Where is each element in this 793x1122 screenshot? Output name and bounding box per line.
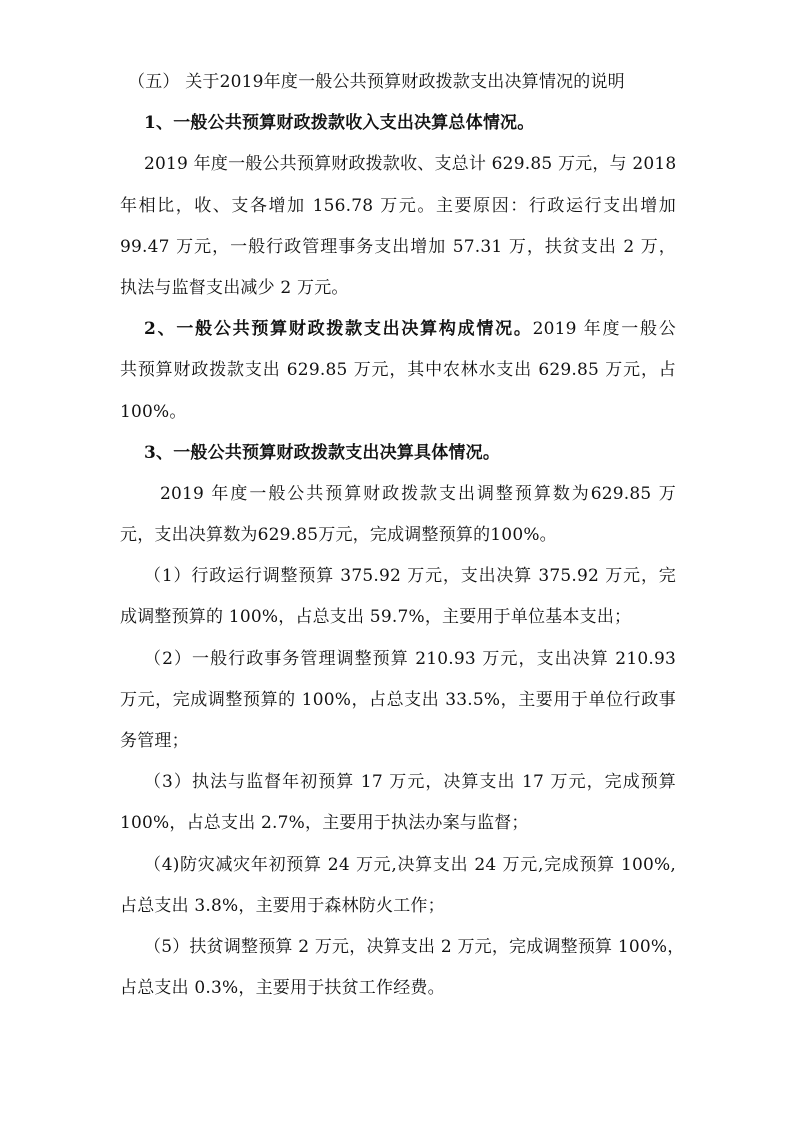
paragraph-line: 99.47 万元，一般行政管理事务支出增加 57.31 万，扶贫支出 2 万， <box>120 227 676 268</box>
document-page: （五） 关于2019年度一般公共预算财政拨款支出决算情况的说明 1、一般公共预算… <box>120 62 676 1009</box>
item-line: （3）执法与监督年初预算 17 万元，决算支出 17 万元，完成预算 <box>144 762 676 803</box>
item-line: （4)防灾减灾年初预算 24 万元,决算支出 24 万元,完成预算 100%, <box>144 845 676 886</box>
item-line: （2）一般行政事务管理调整预算 210.93 万元，支出决算 210.93 <box>144 639 676 680</box>
item-line: 100%，占总支出 2.7%，主要用于执法办案与监督； <box>120 803 676 844</box>
section-title: （五） 关于2019年度一般公共预算财政拨款支出决算情况的说明 <box>128 62 676 103</box>
section2-heading: 2、一般公共预算财政拨款支出决算构成情况。 <box>144 319 533 339</box>
paragraph-line: 执法与监督支出减少 2 万元。 <box>120 268 676 309</box>
item-line: 成调整预算的 100%，占总支出 59.7%，主要用于单位基本支出； <box>120 597 676 638</box>
item-line: （5）扶贫调整预算 2 万元，决算支出 2 万元，完成调整预算 100%， <box>144 927 676 968</box>
paragraph-line: 共预算财政拨款支出 629.85 万元，其中农林水支出 629.85 万元，占 <box>120 350 676 391</box>
item-line: （1）行政运行调整预算 375.92 万元，支出决算 375.92 万元，完 <box>144 556 676 597</box>
item-line: 务管理； <box>120 721 676 762</box>
section2-heading-line: 2、一般公共预算财政拨款支出决算构成情况。2019 年度一般公 <box>144 309 676 350</box>
item-line: 占总支出 3.8%，主要用于森林防火工作； <box>120 886 676 927</box>
paragraph-line: 2019 年度一般公共预算财政拨款收、支总计 629.85 万元，与 2018 <box>144 144 676 185</box>
paragraph-line: 元，支出决算数为629.85万元，完成调整预算的100%。 <box>120 515 676 556</box>
item-line: 占总支出 0.3%，主要用于扶贫工作经费。 <box>120 968 676 1009</box>
item-line: 万元，完成调整预算的 100%，占总支出 33.5%，主要用于单位行政事 <box>120 680 676 721</box>
section1-heading: 1、一般公共预算财政拨款收入支出决算总体情况。 <box>144 103 676 144</box>
section2-heading-tail: 2019 年度一般公 <box>533 319 676 339</box>
paragraph-line: 年相比，收、支各增加 156.78 万元。主要原因：行政运行支出增加 <box>120 186 676 227</box>
paragraph-line: 2019 年度一般公共预算财政拨款支出调整预算数为629.85 万 <box>160 474 676 515</box>
paragraph-line: 100%。 <box>120 392 676 433</box>
section3-heading: 3、一般公共预算财政拨款支出决算具体情况。 <box>144 433 676 474</box>
